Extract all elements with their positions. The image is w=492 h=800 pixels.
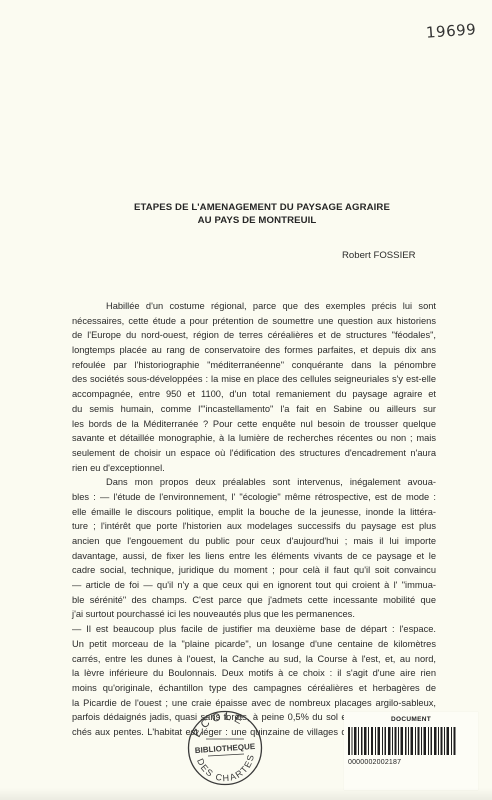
handwritten-manuscript-number: 19699	[425, 20, 476, 41]
title-line-1: ETAPES DE L'AMENAGEMENT DU PAYSAGE AGRAI…	[0, 201, 492, 214]
body-line: Dans mon propos deux préalables sont int…	[72, 475, 436, 490]
page-edge-shadow	[0, 788, 492, 800]
body-line: refoulée par l'historiographie "méditerr…	[72, 358, 436, 373]
body-line: savante et détaillée monographie, à la l…	[72, 431, 436, 446]
body-line: ancien que l'engouement du public pour c…	[72, 534, 436, 549]
body-line: seulement de choisir un espace où l'édif…	[72, 446, 436, 461]
body-line: carrés, entre les dunes à l'ouest, la Ca…	[72, 652, 436, 667]
article-body: Habillée d'un costume régional, parce qu…	[72, 299, 436, 740]
barcode-number: 0000002002187	[348, 759, 401, 766]
body-line: — Il est beaucoup plus facile de justifi…	[72, 622, 436, 637]
body-line: j'ai surtout pourchassé ici les nouveaut…	[72, 607, 436, 622]
body-line: nécessaires, cette étude a pour prétenti…	[72, 314, 436, 329]
barcode-icon	[348, 727, 458, 755]
body-line: rien eu d'exceptionnel.	[72, 461, 436, 476]
author-name: Robert FOSSIER	[342, 250, 416, 261]
body-line: ble sérénité" des champs. C'est parce qu…	[72, 593, 436, 608]
body-line: du semis humain, comme l'"incastellament…	[72, 402, 436, 417]
barcode-label: DOCUMENT	[344, 712, 478, 790]
body-line: Un petit morceau de la "plaine picarde",…	[72, 637, 436, 652]
stamp-top-text: ECOLE	[191, 711, 247, 740]
library-stamp: ECOLE BIBLIOTHEQUE DES CHARTES	[186, 709, 264, 787]
barcode-label-title: DOCUMENT	[344, 716, 478, 723]
body-line: des sociétés sous-développées : la mise …	[72, 372, 436, 387]
body-line: les bords de la Méditerranée ? Pour cett…	[72, 417, 436, 432]
body-line: accompagnée, entre 950 et 1100, d'un tot…	[72, 387, 436, 402]
body-line: de l'Europe du nord-ouest, région de ter…	[72, 328, 436, 343]
body-line: cadre social, technique, juridique du mo…	[72, 563, 436, 578]
body-line: davantage, aussi, de fixer les liens ent…	[72, 549, 436, 564]
title-line-2: AU PAYS DE MONTREUIL	[0, 214, 492, 227]
body-line: moins qu'originale, échantillon type des…	[72, 681, 436, 696]
svg-text:ECOLE: ECOLE	[191, 711, 247, 740]
body-line: bles : — l'étude de l'environnement, l' …	[72, 490, 436, 505]
article-title: ETAPES DE L'AMENAGEMENT DU PAYSAGE AGRAI…	[0, 201, 492, 227]
body-line: ture ; l'intérêt que porte l'historien a…	[72, 519, 436, 534]
body-line: Habillée d'un costume régional, parce qu…	[72, 299, 436, 314]
body-line: — article de foi — qu'il n'y a que ceux …	[72, 578, 436, 593]
stamp-seal-icon: ECOLE BIBLIOTHEQUE DES CHARTES	[186, 709, 264, 787]
body-line: elle émaille le discours politique, empl…	[72, 505, 436, 520]
body-line: la lèvre inférieure du Boulonnais. Deux …	[72, 666, 436, 681]
body-line: longtemps placée au rang de conservatoir…	[72, 343, 436, 358]
